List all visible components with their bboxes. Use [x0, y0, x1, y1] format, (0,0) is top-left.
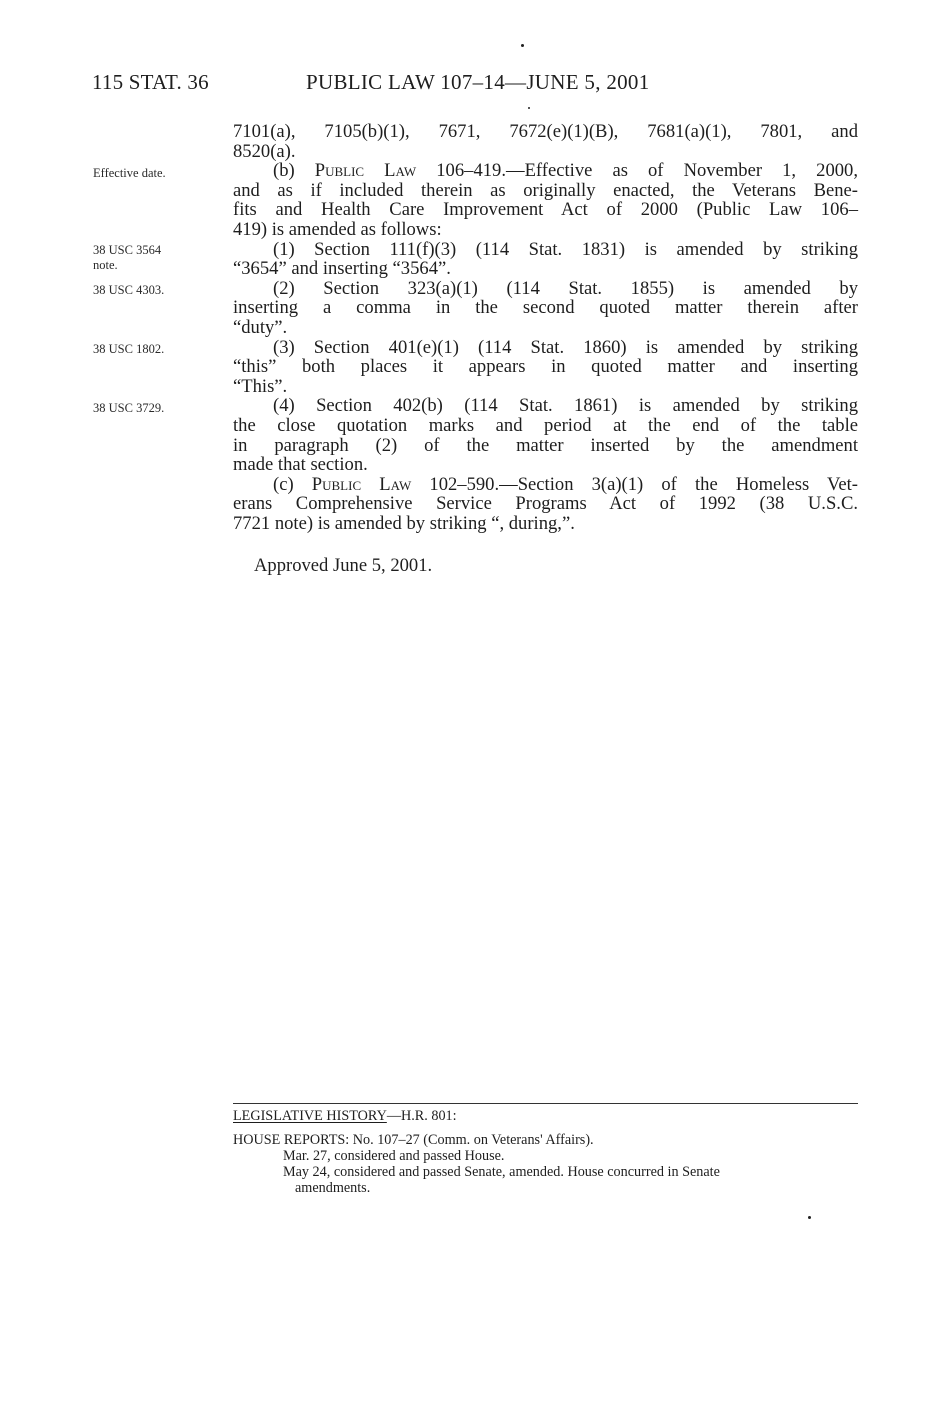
statute-body: 7101(a), 7105(b)(1), 7671, 7672(e)(1)(B)…	[233, 122, 858, 533]
stat-page-number: 115 STAT. 36	[92, 70, 209, 95]
body-line: 8520(a).	[233, 142, 858, 162]
body-line: “3654” and inserting “3564”.	[233, 259, 858, 279]
body-line: the close quotation marks and period at …	[233, 416, 858, 436]
law-title: PUBLIC LAW 107–14—JUNE 5, 2001	[306, 70, 650, 95]
approval-date: Approved June 5, 2001.	[254, 555, 432, 577]
scan-speck	[521, 44, 524, 47]
scan-speck	[808, 1216, 811, 1219]
body-line: fits and Health Care Improvement Act of …	[233, 200, 858, 220]
body-line: 7101(a), 7105(b)(1), 7671, 7672(e)(1)(B)…	[233, 122, 858, 142]
paragraph-4: (4) Section 402(b) (114 Stat. 1861) is a…	[233, 396, 858, 416]
legislative-history-heading: LEGISLATIVE HISTORY—H.R. 801:	[233, 1108, 858, 1124]
margin-note-38-usc-3564: 38 USC 3564	[93, 243, 161, 257]
scan-speck	[528, 107, 530, 109]
body-line: 7721 note) is amended by striking “, dur…	[233, 514, 858, 534]
body-line: “this” both places it appears in quoted …	[233, 357, 858, 377]
body-line: “duty”.	[233, 318, 858, 338]
statute-page: 115 STAT. 36 PUBLIC LAW 107–14—JUNE 5, 2…	[0, 0, 949, 1415]
body-line: inserting a comma in the second quoted m…	[233, 298, 858, 318]
subsection-c-heading: (c) Public Law 102–590.—Section 3(a)(1) …	[233, 475, 858, 495]
body-line: 419) is amended as follows:	[233, 220, 858, 240]
paragraph-3: (3) Section 401(e)(1) (114 Stat. 1860) i…	[233, 338, 858, 358]
history-action: Mar. 27, considered and passed House.	[233, 1148, 858, 1164]
body-line: in paragraph (2) of the matter inserted …	[233, 436, 858, 456]
margin-note-38-usc-4303: 38 USC 4303.	[93, 283, 164, 297]
subsection-b-heading: (b) Public Law 106–419.—Effective as of …	[233, 161, 858, 181]
house-reports: HOUSE REPORTS: No. 107–27 (Comm. on Vete…	[233, 1132, 858, 1148]
paragraph-1: (1) Section 111(f)(3) (114 Stat. 1831) i…	[233, 240, 858, 260]
history-action: May 24, considered and passed Senate, am…	[233, 1164, 858, 1180]
running-head: 115 STAT. 36 PUBLIC LAW 107–14—JUNE 5, 2…	[92, 70, 859, 100]
paragraph-2: (2) Section 323(a)(1) (114 Stat. 1855) i…	[233, 279, 858, 299]
footer-divider	[233, 1103, 858, 1104]
margin-note-effective-date: Effective date.	[93, 166, 166, 180]
history-action-continuation: amendments.	[233, 1180, 858, 1196]
legislative-history: LEGISLATIVE HISTORY—H.R. 801: HOUSE REPO…	[233, 1108, 858, 1196]
margin-note-38-usc-3729: 38 USC 3729.	[93, 401, 164, 415]
body-line: erans Comprehensive Service Programs Act…	[233, 494, 858, 514]
body-line: and as if included therein as originally…	[233, 181, 858, 201]
margin-note-38-usc-1802: 38 USC 1802.	[93, 342, 164, 356]
body-line: “This”.	[233, 377, 858, 397]
body-line: made that section.	[233, 455, 858, 475]
margin-note-note: note.	[93, 258, 118, 272]
